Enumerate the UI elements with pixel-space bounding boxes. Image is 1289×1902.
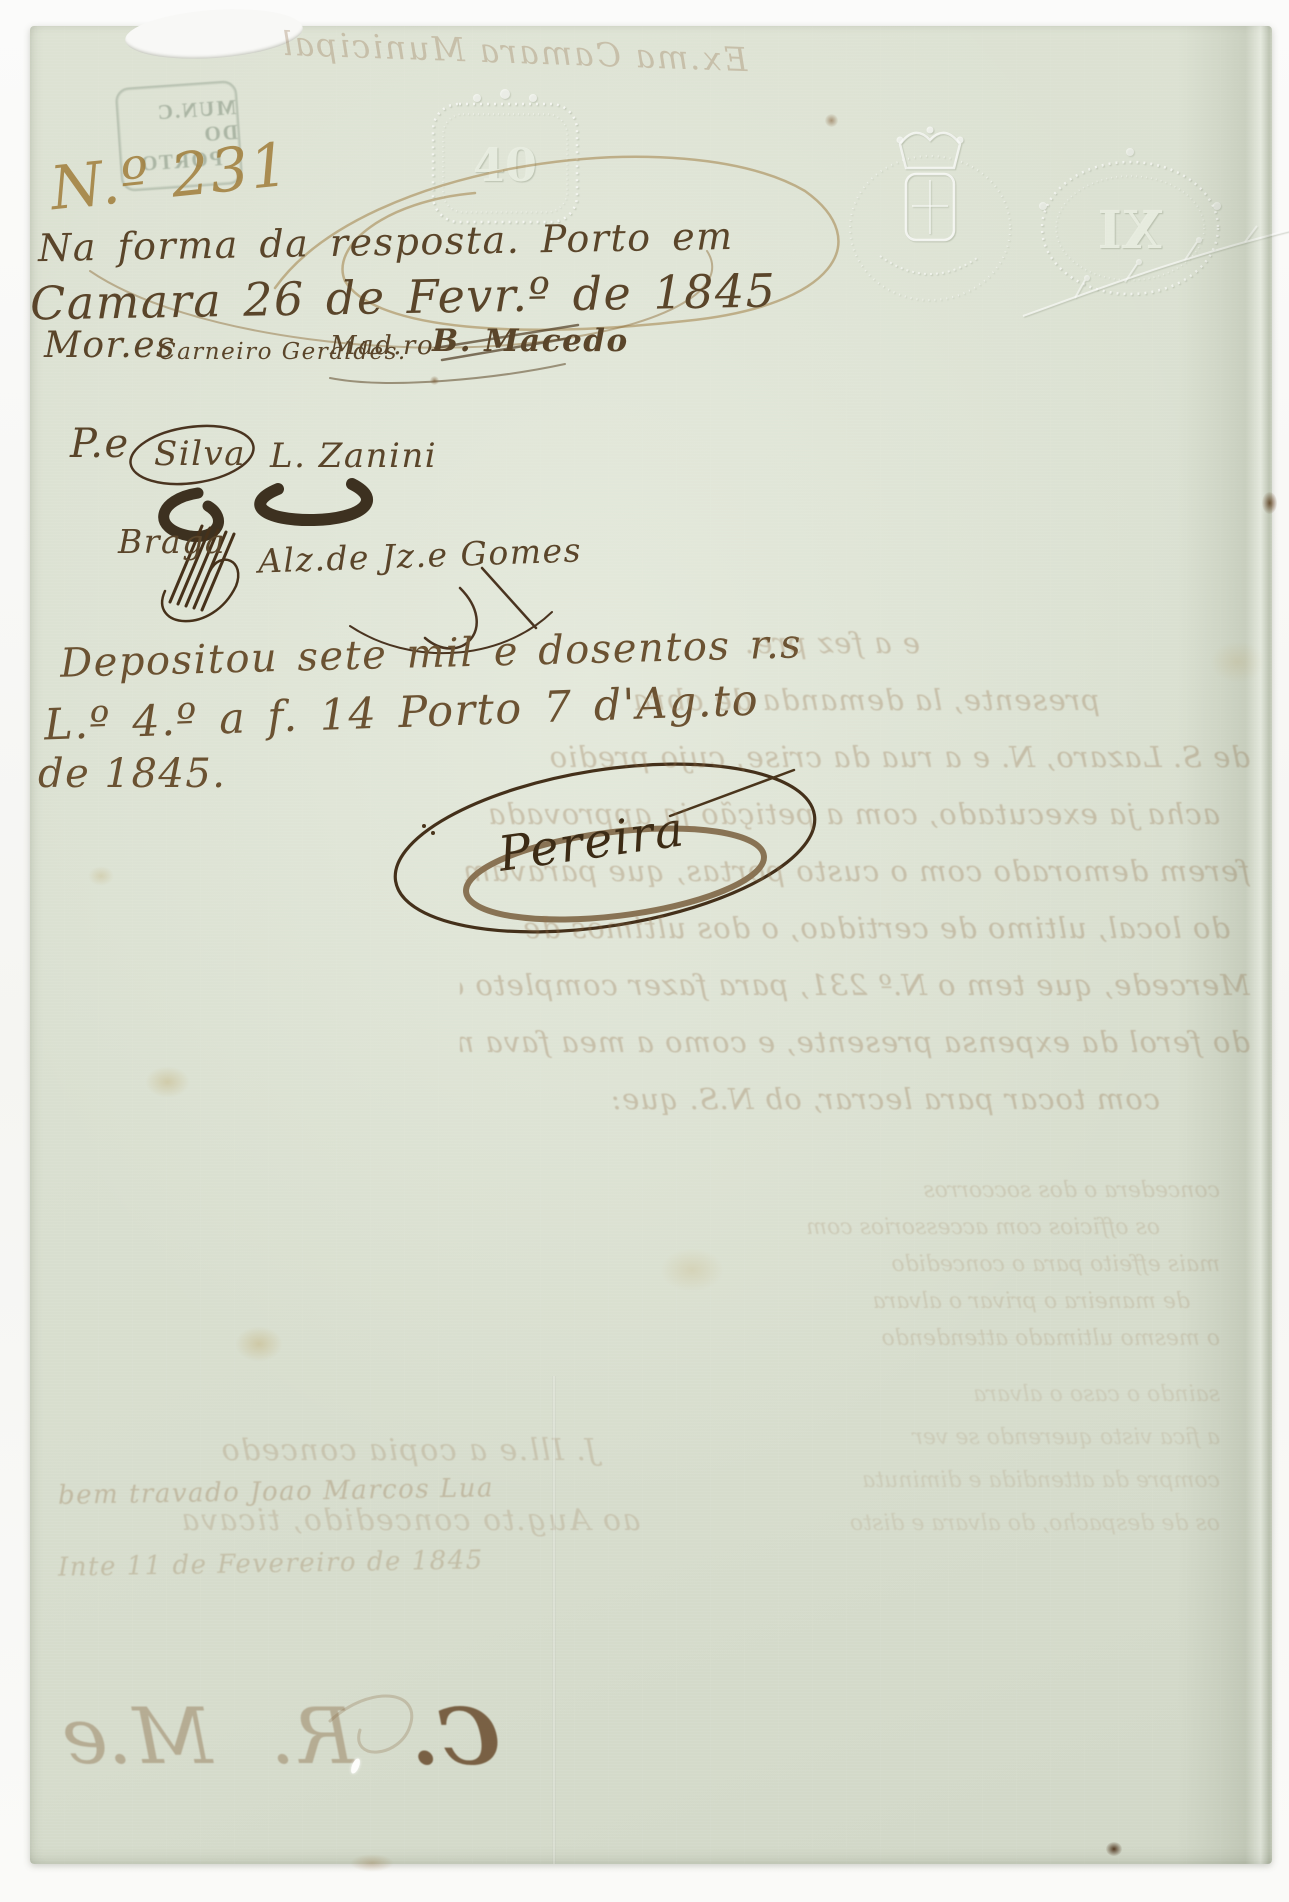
initial-c: C.: [412, 1692, 500, 1783]
bleedthrough-line: e a fez pre.: [460, 626, 920, 683]
bleedthrough-line: ferem demorado com o custo portas, que p…: [460, 854, 1250, 911]
bleedthrough-line: os officios com accessorios com: [570, 1215, 1160, 1252]
bleedthrough-line: saindo o caso o alvara: [820, 1382, 1220, 1425]
bleedthrough-left-line-1: J. Ill.e a copia concedo: [220, 1434, 597, 1467]
signature-p-prefix: P.e: [70, 422, 130, 466]
manuscript-paper-sheet: MUN.C DO PORTO Ex.ma Camara Municipal 40…: [30, 26, 1272, 1864]
bleedthrough-line: de maneira o privar o alvara: [570, 1289, 1190, 1326]
bleedthrough-line: do ferol da expensa presente, e como a m…: [460, 1025, 1250, 1082]
initial-r: R.: [271, 1692, 355, 1783]
bleedthrough-line: concedera o dos soccorros: [570, 1178, 1220, 1215]
signature-macedo: B. Macedo: [432, 324, 629, 358]
signature-braga: Braga: [118, 524, 226, 560]
bleedthrough-side-block: saindo o caso o alvara a fica visto quer…: [820, 1382, 1220, 1562]
bleedthrough-line: presente, la demanda de obra: [460, 683, 1100, 740]
bleedthrough-body-block: e a fez pre. presente, la demanda de obr…: [460, 626, 1250, 1166]
bleedthrough-line: Mercede, que tem o N.º 231, para fazer c…: [460, 968, 1250, 1025]
bleedthrough-line: mais effeito para o concedido: [570, 1252, 1220, 1289]
bleedthrough-line: o mesmo ultimado attendendo: [570, 1326, 1220, 1363]
signature-madeira: Mad.ro: [330, 332, 434, 361]
bleedthrough-line: a fica visto querendo se ver: [820, 1425, 1220, 1468]
deposit-line-3: de 1845.: [38, 752, 227, 796]
bleedthrough-left-line-2: ao Aug.to concedido, ticava: [180, 1504, 640, 1537]
signature-zanini: L. Zanini: [270, 438, 437, 475]
bleedthrough-mid-block: concedera o dos soccorros os officios co…: [570, 1178, 1220, 1368]
bleedthrough-line: acha ja executado, com a petição ja appr…: [460, 797, 1220, 854]
bleedthrough-initials: C. R. M.e: [60, 1692, 500, 1783]
bleedthrough-line: os de despacho, do alvara e disto: [820, 1511, 1220, 1554]
bleedthrough-line: de S. Lazaro, N. e a rua da crise, cujo …: [460, 740, 1250, 797]
bleedthrough-line: compre da attendida e diminuta: [820, 1468, 1220, 1511]
initial-m: M.e: [62, 1692, 213, 1783]
signature-silva: Silva: [154, 436, 246, 473]
bleedthrough-line: do local, ultimo de certidao, o dos ulti…: [460, 911, 1230, 968]
signature-moraes: Mor.es: [44, 326, 176, 366]
bleedthrough-line: com tocar para lecrar, ob N.S. que:: [460, 1082, 1160, 1139]
